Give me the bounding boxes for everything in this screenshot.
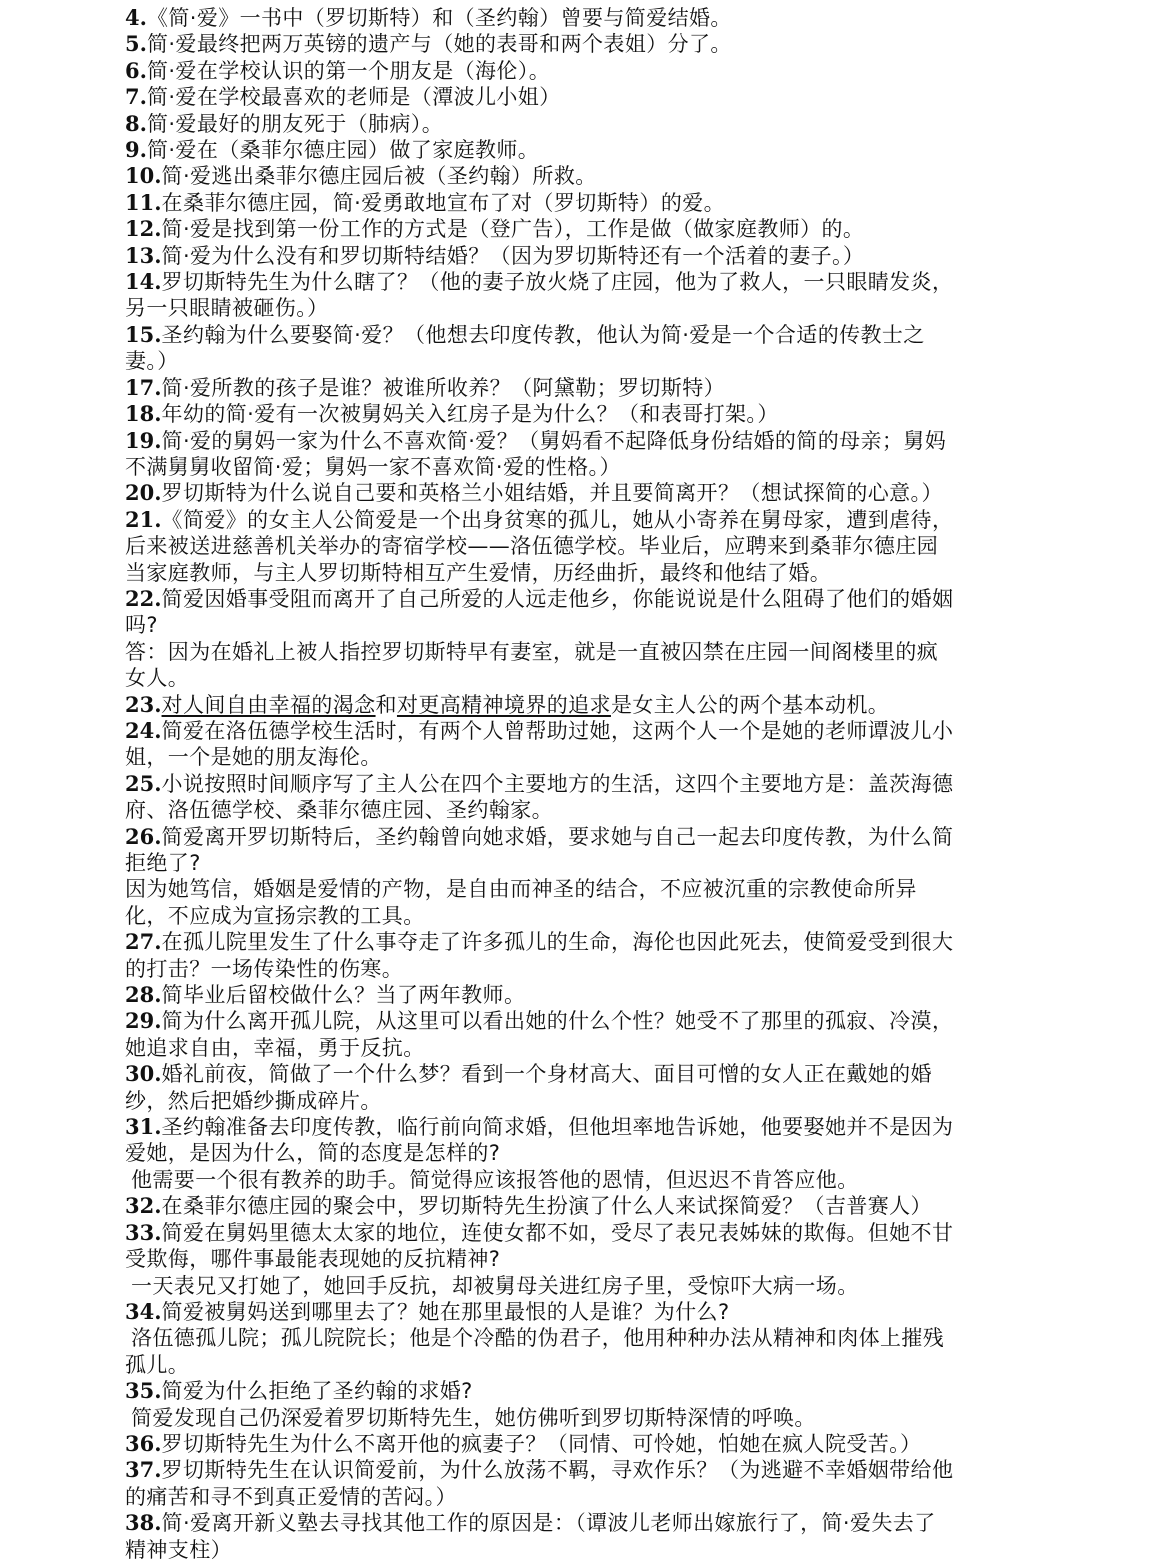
item-28: 28.简毕业后留校做什么？当了两年教师。 xyxy=(125,982,1050,1008)
item-12: 12.简·爱是找到第一份工作的方式是（登广告），工作是做（做家庭教师）的。 xyxy=(125,216,1050,242)
answer: 因为她笃信，婚姻是爱情的产物，是自由而神圣的结合，不应被沉重的宗教使命所异 xyxy=(125,876,1050,902)
answer: 简爱发现自己仍深爱着罗切斯特先生，她仿佛听到罗切斯特深情的呼唤。 xyxy=(125,1405,1050,1431)
item-4: 4.《简·爱》一书中（罗切斯特）和（圣约翰）曾要与简爱结婚。 xyxy=(125,5,1050,31)
item-26: 26.简爱离开罗切斯特后，圣约翰曾向她求婚，要求她与自己一起去印度传教，为什么简… xyxy=(125,824,1050,930)
item-22: 22.简爱因婚事受阻而离开了自己所爱的人远走他乡，你能说说是什么阻碍了他们的婚姻… xyxy=(125,586,1050,692)
item-37: 37.罗切斯特先生在认识简爱前，为什么放荡不羁，寻欢作乐？（为逃避不幸婚姻带给他… xyxy=(125,1457,1050,1510)
item-32: 32.在桑菲尔德庄园的聚会中，罗切斯特先生扮演了什么人来试探简爱？（吉普赛人） xyxy=(125,1193,1050,1219)
item-17: 17.简·爱所教的孩子是谁？被谁所收养？（阿黛勒；罗切斯特） xyxy=(125,375,1050,401)
item-6: 6.简·爱在学校认识的第一个朋友是（海伦）。 xyxy=(125,58,1050,84)
item-31: 31.圣约翰准备去印度传教，临行前向简求婚，但他坦率地告诉她，他要娶她并不是因为… xyxy=(125,1114,1050,1193)
item-23: 23.对人间自由幸福的渴念和对更高精神境界的追求是女主人公的两个基本动机。 xyxy=(125,692,1050,718)
item-19: 19.简·爱的舅妈一家为什么不喜欢简·爱？（舅妈看不起降低身份结婚的简的母亲；舅… xyxy=(125,428,1050,481)
item-5: 5.简·爱最终把两万英镑的遗产与（她的表哥和两个表姐）分了。 xyxy=(125,31,1050,57)
item-15: 15.圣约翰为什么要娶简·爱？（他想去印度传教，他认为简·爱是一个合适的传教士之… xyxy=(125,322,1050,375)
item-25: 25.小说按照时间顺序写了主人公在四个主要地方的生活，这四个主要地方是：盖茨海德… xyxy=(125,771,1050,824)
item-18: 18.年幼的简·爱有一次被舅妈关入红房子是为什么？（和表哥打架。） xyxy=(125,401,1050,427)
underlined-phrase: 对更高精神境界的追求 xyxy=(397,693,611,717)
item-27: 27.在孤儿院里发生了什么事夺走了许多孤儿的生命，海伦也因此死去，使简爱受到很大… xyxy=(125,929,1050,982)
item-36: 36.罗切斯特先生为什么不离开他的疯妻子？（同情、可怜她，怕她在疯人院受苦。） xyxy=(125,1431,1050,1457)
item-7: 7.简·爱在学校最喜欢的老师是（潭波儿小姐） xyxy=(125,84,1050,110)
item-33: 33.简爱在舅妈里德太太家的地位，连使女都不如，受尽了表兄表姊妹的欺侮。但她不甘… xyxy=(125,1220,1050,1299)
item-29: 29.简为什么离开孤儿院，从这里可以看出她的什么个性？她受不了那里的孤寂、冷漠，… xyxy=(125,1008,1050,1061)
item-9: 9.简·爱在（桑菲尔德庄园）做了家庭教师。 xyxy=(125,137,1050,163)
item-10: 10.简·爱逃出桑菲尔德庄园后被（圣约翰）所救。 xyxy=(125,163,1050,189)
item-35: 35.简爱为什么拒绝了圣约翰的求婚? 简爱发现自己仍深爱着罗切斯特先生，她仿佛听… xyxy=(125,1378,1050,1431)
item-13: 13.简·爱为什么没有和罗切斯特结婚？（因为罗切斯特还有一个活着的妻子。） xyxy=(125,243,1050,269)
answer: 化，不应成为宣扬宗教的工具。 xyxy=(125,903,1050,929)
answer: 孤儿。 xyxy=(125,1352,1050,1378)
item-14: 14.罗切斯特先生为什么瞎了？（他的妻子放火烧了庄园，他为了救人，一只眼睛发炎，… xyxy=(125,269,1050,322)
item-38: 38.简·爱离开新义塾去寻找其他工作的原因是：（谭波儿老师出嫁旅行了，简·爱失去… xyxy=(125,1510,1050,1560)
answer: 答：因为在婚礼上被人指控罗切斯特早有妻室，就是一直被囚禁在庄园一间阁楼里的疯 xyxy=(125,639,1050,665)
item-34: 34.简爱被舅妈送到哪里去了？她在那里最恨的人是谁？为什么? 洛伍德孤儿院；孤儿… xyxy=(125,1299,1050,1378)
item-20: 20.罗切斯特为什么说自己要和英格兰小姐结婚，并且要简离开？（想试探简的心意。） xyxy=(125,480,1050,506)
answer: 他需要一个很有教养的助手。简觉得应该报答他的恩情，但迟迟不肯答应他。 xyxy=(125,1167,1050,1193)
answer: 女人。 xyxy=(125,665,1050,691)
item-21: 21.《简爱》的女主人公简爱是一个出身贫寒的孤儿，她从小寄养在舅母家，遭到虐待，… xyxy=(125,507,1050,586)
answer: 洛伍德孤儿院；孤儿院院长；他是个冷酷的伪君子，他用种种办法从精神和肉体上摧残 xyxy=(125,1325,1050,1351)
document-body: 4.《简·爱》一书中（罗切斯特）和（圣约翰）曾要与简爱结婚。 5.简·爱最终把两… xyxy=(125,5,1050,1560)
item-30: 30.婚礼前夜，简做了一个什么梦？看到一个身材高大、面目可憎的女人正在戴她的婚 … xyxy=(125,1061,1050,1114)
item-24: 24.简爱在洛伍德学校生活时，有两个人曾帮助过她，这两个人一个是她的老师谭波儿小… xyxy=(125,718,1050,771)
item-11: 11.在桑菲尔德庄园，简·爱勇敢地宣布了对（罗切斯特）的爱。 xyxy=(125,190,1050,216)
answer: 一天表兄又打她了，她回手反抗，却被舅母关进红房子里，受惊吓大病一场。 xyxy=(125,1273,1050,1299)
item-8: 8.简·爱最好的朋友死于（肺病）。 xyxy=(125,111,1050,137)
underlined-phrase: 对人间自由幸福的渴念 xyxy=(162,693,376,717)
